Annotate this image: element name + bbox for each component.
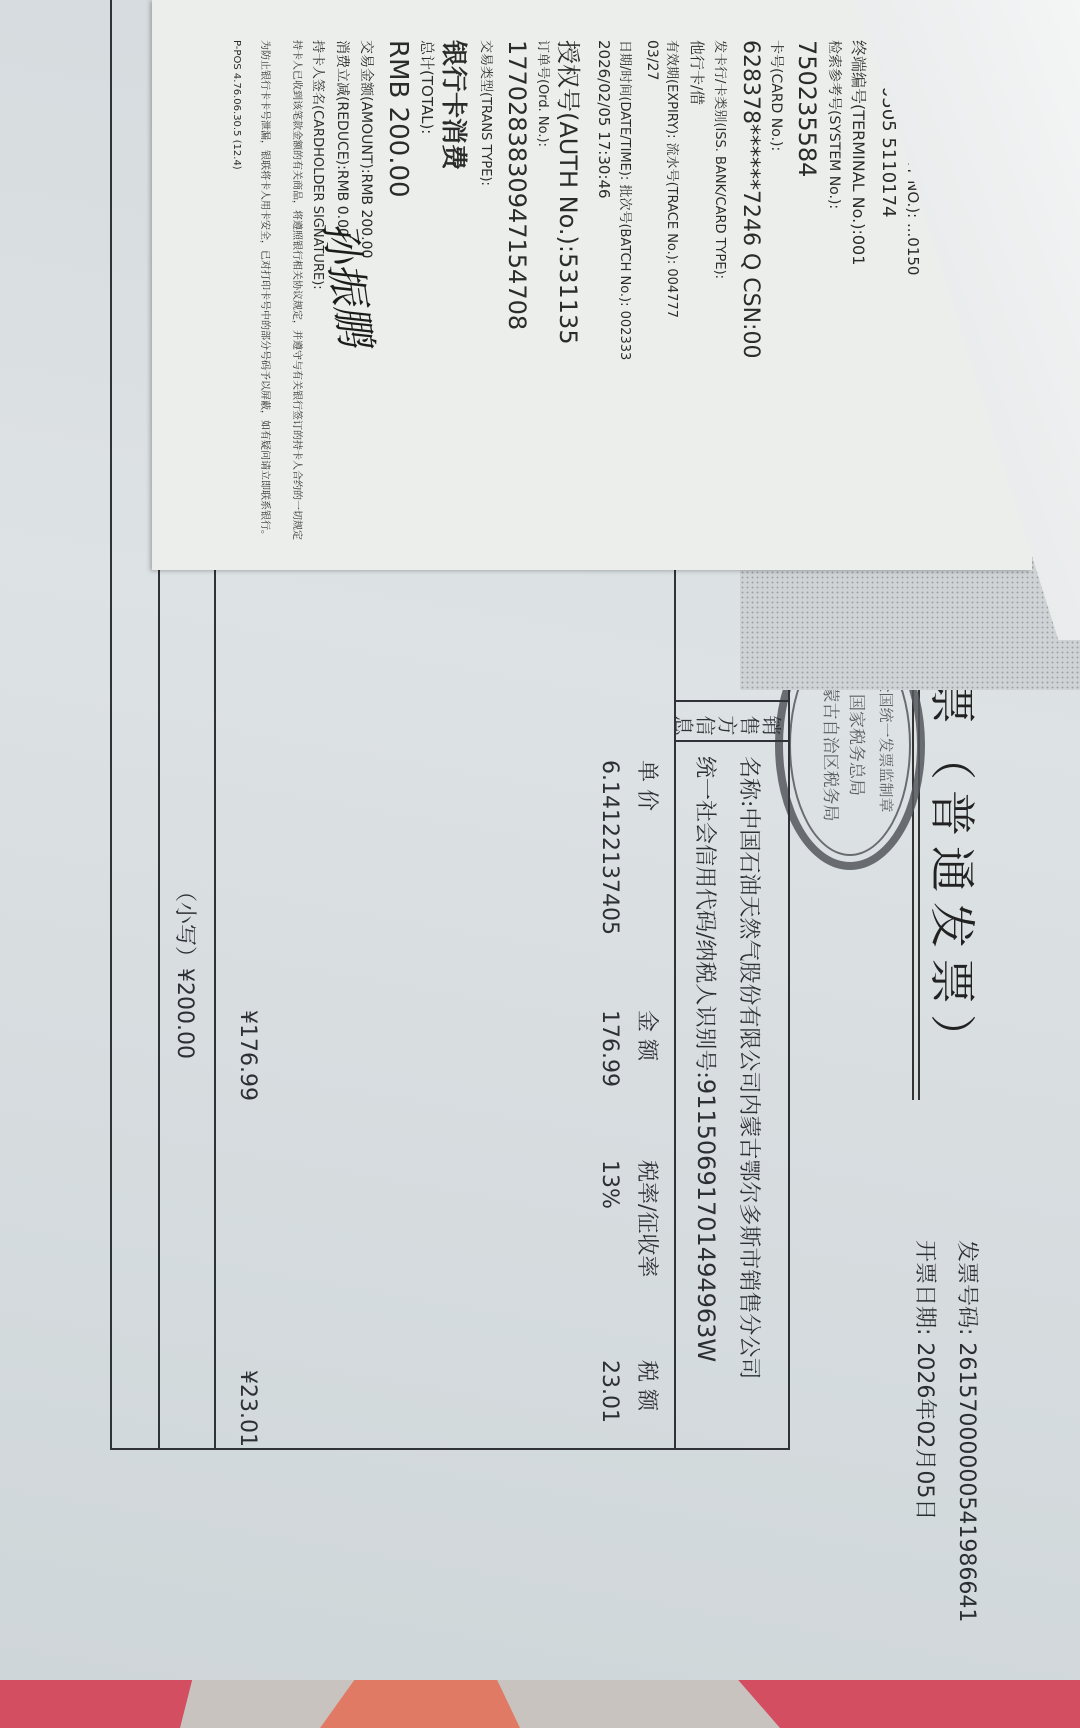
slip-line: 日期/时间(DATE/TIME): 批次号(BATCH No.): 002333	[617, 40, 636, 360]
slip-line: P-POS 4.76.06.30.5 (12.4)	[231, 40, 242, 170]
column-header: 税率/征收率	[633, 1160, 664, 1277]
slip-line: 发卡行/卡类别(ISS. BANK/CARD TYPE):	[712, 40, 731, 279]
slip-line: 交易类型(TRANS TYPE):	[478, 40, 497, 186]
slip-line: 消费立减(REDUCE):RMB 0.00	[333, 40, 353, 237]
slip-line: 他行卡/借	[687, 40, 708, 105]
column-header: 税 额	[633, 1360, 664, 1411]
issue-date-value: 2026年02月05日	[912, 1342, 937, 1520]
column-header: 单 价	[633, 760, 664, 811]
column-header: 金 额	[633, 1010, 664, 1061]
issue-date-label: 开票日期:	[912, 1240, 937, 1335]
seller-name: 名称:中国石油天然气股份有限公司内蒙古鄂尔多斯市销售分公司	[735, 756, 766, 1379]
slip-line: 1770283830947154708	[503, 40, 531, 330]
table-cell-unit_price: 6.14122137405	[597, 760, 622, 935]
slip-line: 有效期(EXPIRY): 流水号(TRACE No.): 004777	[664, 40, 683, 318]
table-cell-amount: 176.99	[597, 1010, 622, 1087]
issue-date: 开票日期: 2026年02月05日	[911, 1240, 942, 1520]
photo-stage: 电子发票（普通发票） 发票号码: 26157000000541986641 开票…	[0, 0, 1080, 1728]
seller-section-label: 销售方信息	[672, 710, 782, 739]
slip-line: 持卡人已收到该笔款金额的有关商品，将遵照银行相关协议规定，并遵守与有关银行签订的…	[291, 40, 306, 540]
slip-line: 授权号(AUTH No.):531135	[553, 40, 588, 345]
invoice-number-label: 发票号码:	[954, 1240, 979, 1335]
invoice-number-value: 26157000000541986641	[954, 1342, 979, 1622]
slip-line: 订单号(Ord. No.):	[535, 40, 554, 147]
table-cell-tax: 23.01	[597, 1360, 622, 1423]
slip-line: 终端编号(TERMINAL No.):001	[848, 40, 871, 265]
slip-line: 卡号(CARD No.):	[767, 40, 787, 151]
slip-line: 628378******7246 Q CSN:00	[738, 40, 763, 358]
slip-line: 检索参考号(SYSTEM No.):	[825, 40, 845, 209]
subtotal-amount: ¥176.99	[235, 1010, 260, 1101]
slip-line: 银行卡消费	[437, 40, 474, 170]
table-cell-tax_rate: 13%	[597, 1160, 622, 1209]
seller-tax-id: 统一社会信用代码/纳税人识别号:91150691701494963W	[691, 756, 722, 1362]
subtotal-tax: ¥23.01	[235, 1370, 260, 1447]
invoice-number: 发票号码: 26157000000541986641	[953, 1240, 984, 1622]
slip-line: 750235584	[793, 40, 821, 177]
slip-line: 2026/02/05 17:30:46	[595, 40, 613, 199]
slip-line: 总计(TOTAL):	[417, 40, 438, 134]
slip-line: 03/27	[644, 40, 660, 80]
slip-line: RMB 200.00	[383, 40, 413, 198]
total-small: （小写）¥200.00	[171, 880, 202, 1059]
slip-line: 为防止银行卡卡号泄漏，银联将卡人用卡安全，已对打印卡号中的部分号码予以屏蔽，如有…	[259, 40, 274, 540]
